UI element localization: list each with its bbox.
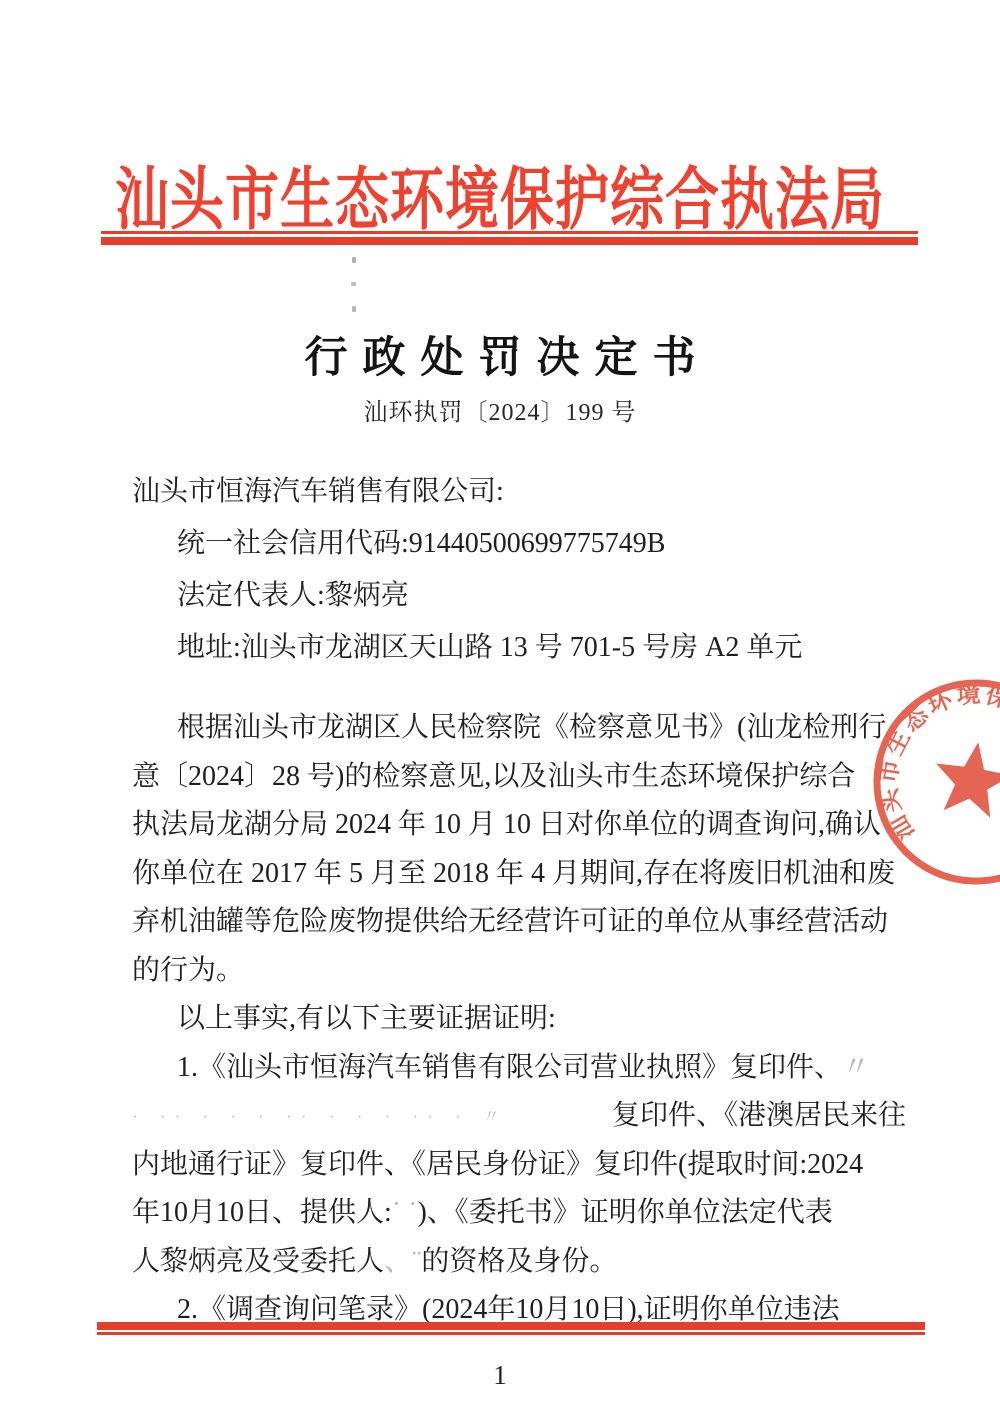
body-text: 弃机油罐等危险废物提供给无经营许可证的单位从事经营活动 bbox=[132, 906, 888, 937]
seal-star-icon bbox=[929, 736, 1000, 820]
redacted-text: 〃 bbox=[842, 1052, 870, 1083]
body-lines: 汕头市恒海汽车销售有限公司:统一社会信用代码:91440500699775749… bbox=[132, 466, 1000, 1335]
body-line: 汕头市恒海汽车销售有限公司: bbox=[132, 466, 1000, 518]
redacted-text: · ·· · · · ·· · · · ·· · 〃 bbox=[132, 1093, 612, 1142]
document-number: 汕环执罚〔2024〕199 号 bbox=[0, 392, 1000, 427]
body-text: 1.《汕头市恒海汽车销售有限公司营业执照》复印件、 bbox=[177, 1052, 842, 1083]
body-text: 意〔2024〕28 号)的检察意见,以及汕头市生态环境保护综合 bbox=[132, 761, 855, 792]
scan-artifact bbox=[352, 257, 356, 263]
body-text: 的资格及身份。 bbox=[421, 1246, 617, 1277]
body-text: 年10月10日、提供人: bbox=[132, 1197, 392, 1228]
footer-rule bbox=[97, 1322, 925, 1335]
document-page: 汕头市生态环境保护综合执法局 行政处罚决定书 汕环执罚〔2024〕199 号 汕… bbox=[0, 0, 1000, 1415]
seal-graphic: 汕头市生态环境保护综合执法局 bbox=[850, 656, 1000, 908]
redacted-text: 、¨ bbox=[384, 1246, 421, 1277]
body-text: 你单位在 2017 年 5 月至 2018 年 4 月期间,存在将废旧机油和废 bbox=[132, 858, 895, 889]
body-text: 以上事实,有以下主要证据证明: bbox=[177, 1003, 556, 1034]
body-text: 人黎炳亮及受委托人 bbox=[132, 1246, 384, 1277]
body-line: · ·· · · · ·· · · · ·· · 〃复印件、《港澳居民来往 bbox=[132, 1092, 1000, 1141]
body-text: 复印件、《港澳居民来往 bbox=[612, 1100, 906, 1131]
body-line: 以上事实,有以下主要证据证明: bbox=[132, 995, 1000, 1044]
body-text: 执法局龙湖分局 2024 年 10 月 10 日对你单位的调查询问,确认 bbox=[132, 809, 881, 840]
letterhead-rule bbox=[101, 231, 918, 245]
body-line: 弃机油罐等危险废物提供给无经营许可证的单位从事经营活动 bbox=[132, 898, 1000, 947]
body-line: 法定代表人:黎炳亮 bbox=[132, 570, 1000, 622]
page-number: 1 bbox=[0, 1360, 1000, 1391]
body-text: 的行为。 bbox=[132, 955, 244, 986]
body-text: )、《委托书》证明你单位法定代表 bbox=[417, 1197, 832, 1228]
body-text: 2.《调查询问笔录》(2024年10月10日),证明你单位违法 bbox=[177, 1294, 840, 1325]
letterhead-title: 汕头市生态环境保护综合执法局 bbox=[0, 146, 1000, 243]
body-text: 汕头市恒海汽车销售有限公司: bbox=[132, 476, 504, 507]
body-text: 根据汕头市龙湖区人民检察院《检察意见书》(汕龙检刑行 bbox=[177, 712, 886, 743]
official-seal: 汕头市生态环境保护综合执法局 bbox=[850, 656, 1000, 908]
body-line: 人黎炳亮及受委托人、¨的资格及身份。 bbox=[132, 1238, 1000, 1287]
body-line: 统一社会信用代码:91440500699775749B bbox=[132, 518, 1000, 570]
body-text: 地址:汕头市龙湖区天山路 13 号 701-5 号房 A2 单元 bbox=[177, 632, 802, 663]
redacted-text: ˙ ˙ bbox=[392, 1197, 418, 1228]
body-text: 统一社会信用代码:91440500699775749B bbox=[177, 528, 665, 559]
body-line: 1.《汕头市恒海汽车销售有限公司营业执照》复印件、〃 bbox=[132, 1044, 1000, 1093]
body-text: 法定代表人:黎炳亮 bbox=[177, 580, 409, 611]
body-line: 年10月10日、提供人:˙ ˙)、《委托书》证明你单位法定代表 bbox=[132, 1189, 1000, 1238]
body-line: 的行为。 bbox=[132, 947, 1000, 996]
body-text: 内地通行证》复印件、《居民身份证》复印件(提取时间:2024 bbox=[132, 1149, 863, 1180]
body-line: 内地通行证》复印件、《居民身份证》复印件(提取时间:2024 bbox=[132, 1141, 1000, 1190]
document-title: 行政处罚决定书 bbox=[0, 324, 1000, 385]
scan-artifact bbox=[352, 306, 356, 312]
scan-artifact bbox=[351, 282, 356, 286]
